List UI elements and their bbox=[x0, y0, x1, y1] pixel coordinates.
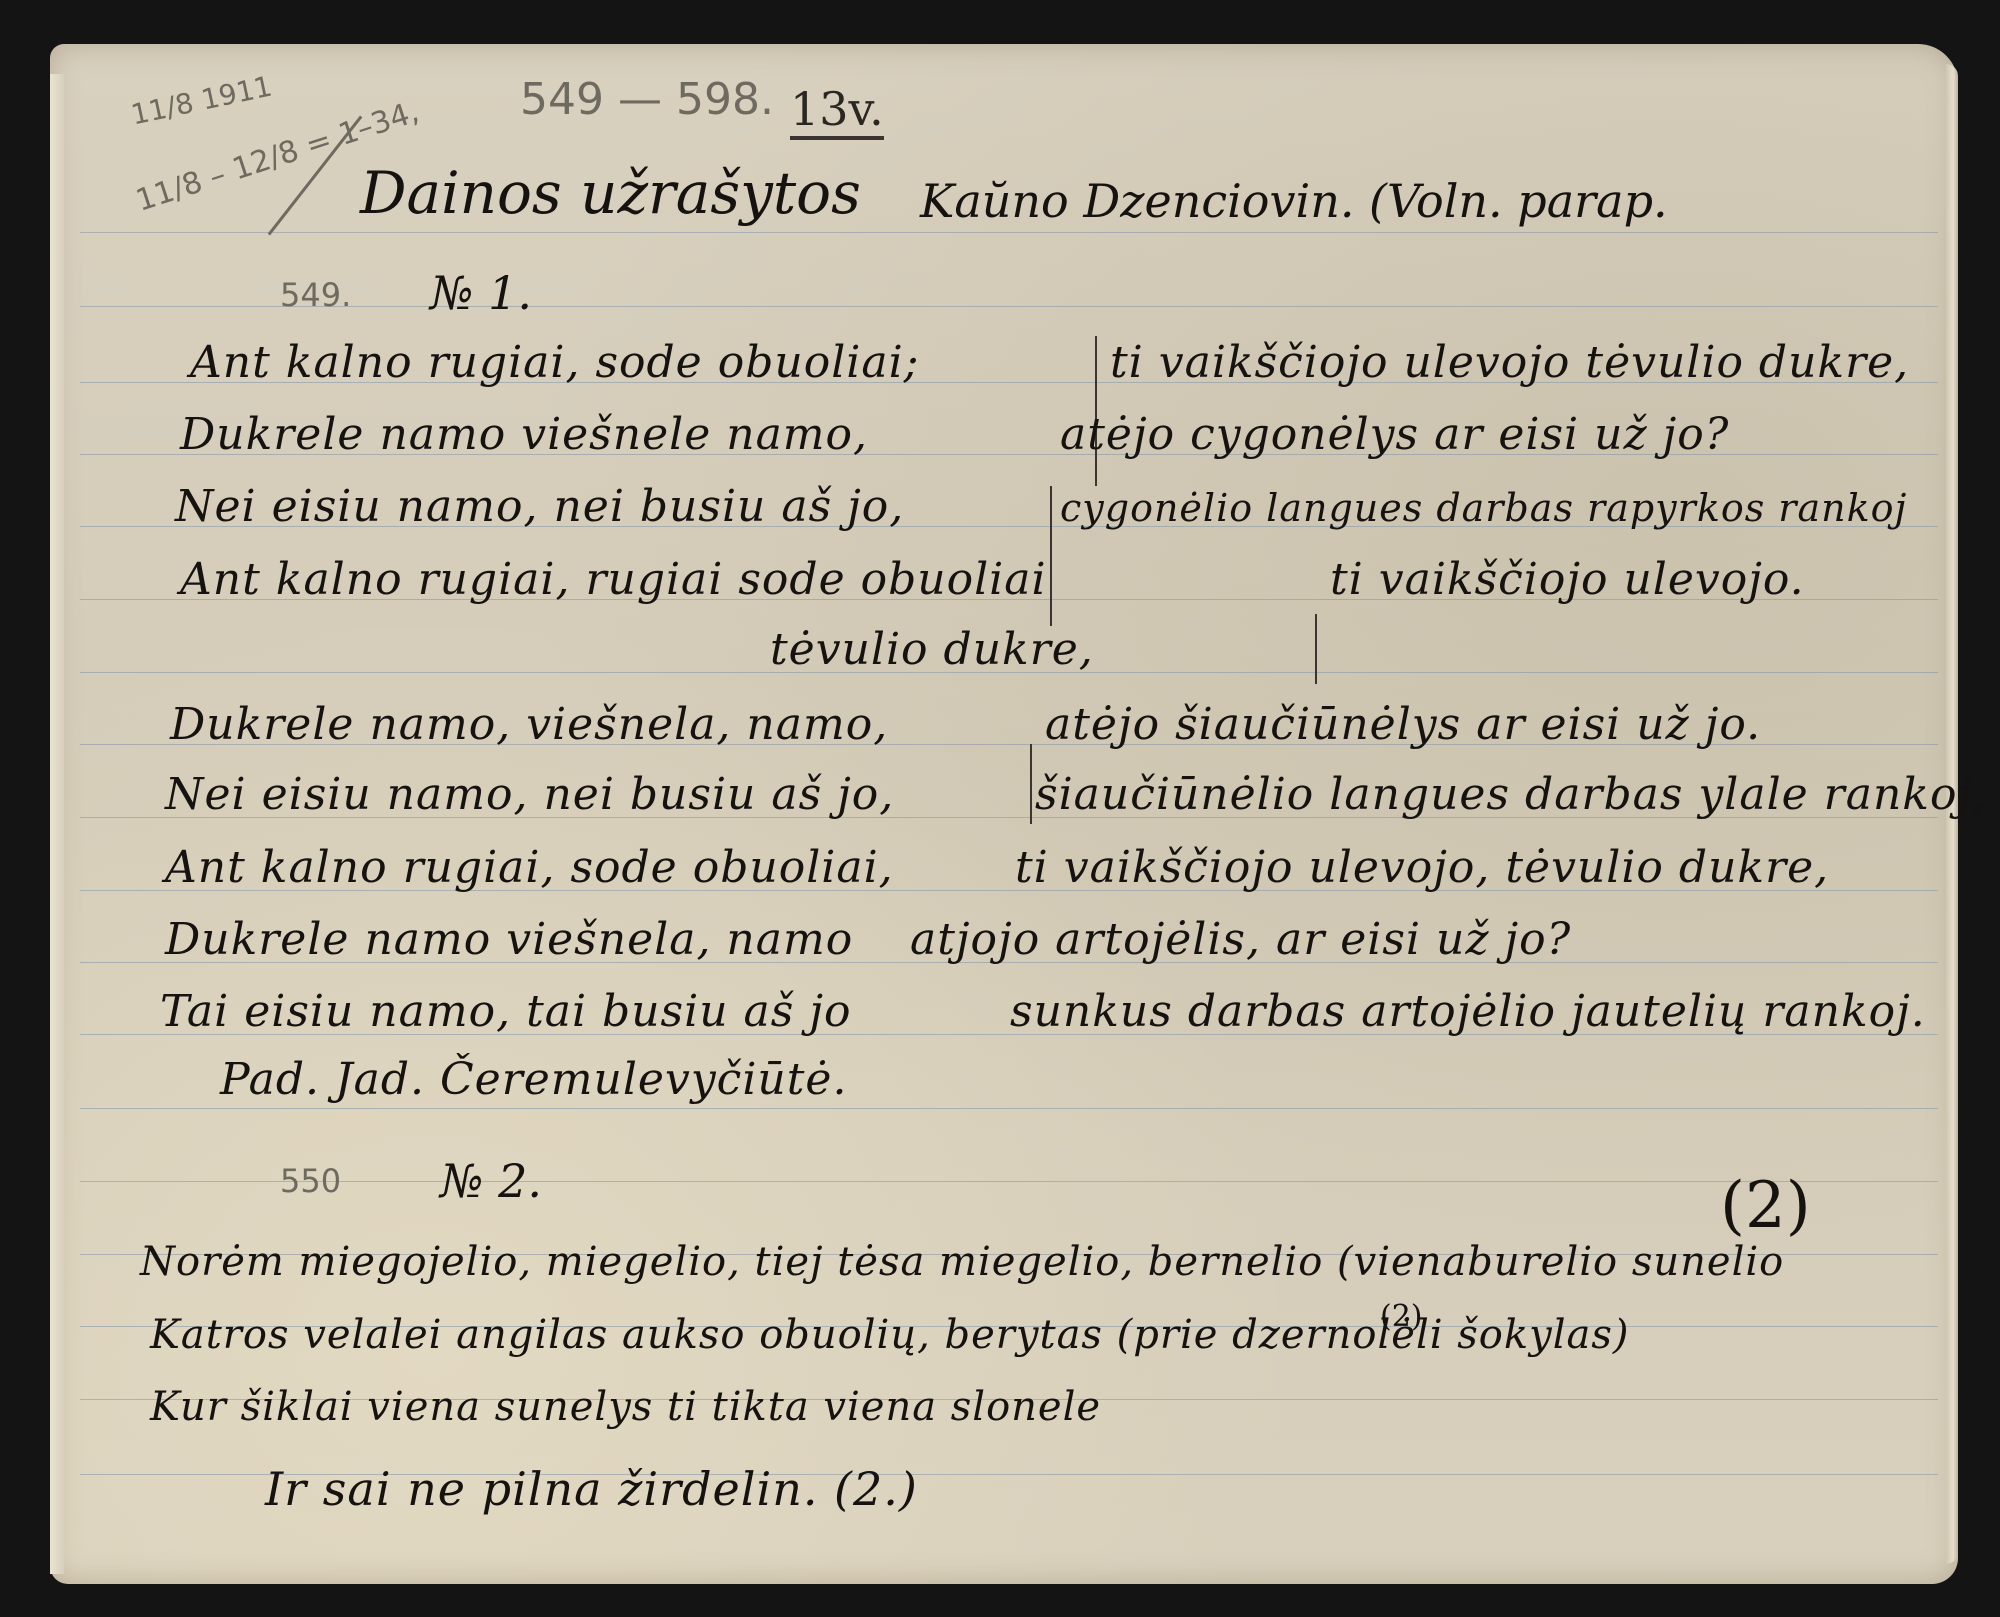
verse-line-left: Ant kalno rugiai, sode obuoliai; bbox=[190, 337, 919, 388]
folio-number: 13v. bbox=[790, 82, 884, 140]
verse-line-left: Tai eisiu namo, tai busiu aš jo bbox=[160, 986, 851, 1037]
verse-line-right: atėjo šiaučiūnėlys ar eisi už jo. bbox=[1045, 699, 1761, 750]
verse-line: Katros velalei angilas aukso obuolių, be… bbox=[150, 1312, 1629, 1358]
song-catalog-number: 550 bbox=[280, 1162, 341, 1200]
verse-line-left: Dukrele namo viešnele namo, bbox=[180, 409, 868, 460]
page-range-note: 549 — 598. bbox=[520, 74, 774, 125]
verse-line-left: Ant kalno rugiai, sode obuoliai, bbox=[165, 842, 894, 893]
verse-line-right: atėjo cygonėlys ar eisi už jo? bbox=[1060, 409, 1729, 460]
verse-line-right: ti vaikščiojo ulevojo. bbox=[1330, 554, 1805, 605]
page-subtitle: Kaŭno Dzenciovin. (Voln. parap. bbox=[920, 174, 1668, 228]
song-heading: № 1. bbox=[430, 266, 532, 320]
song-heading: № 2. bbox=[440, 1154, 542, 1208]
corner-date-note-1: 11/8 1911 bbox=[128, 69, 275, 131]
verse-line: Kur šiklai viena sunelys ti tikta viena … bbox=[150, 1384, 1101, 1430]
page-spine-edge bbox=[50, 74, 64, 1574]
verse-line-left: Nei eisiu namo, nei busiu aš jo, bbox=[165, 769, 894, 820]
verse-separator bbox=[1315, 614, 1317, 684]
verse-line-right: sunkus darbas artojėlio jautelių rankoj. bbox=[1010, 986, 1926, 1037]
verse-line: Ir sai ne pilna žirdelin. (2.) bbox=[265, 1462, 918, 1516]
verse-separator bbox=[1050, 486, 1052, 626]
verse-line-left: Nei eisiu namo, nei busiu aš jo, bbox=[175, 481, 904, 532]
ruled-line bbox=[80, 306, 1938, 307]
verse-line-left: Dukrele namo, viešnela, namo, bbox=[170, 699, 888, 750]
verse-line-continuation: tėvulio dukre, bbox=[770, 624, 1094, 675]
verse-line-right: cygonėlio langues darbas rapyrkos rankoj bbox=[1060, 486, 1907, 530]
verse-line: Norėm miegojelio, miegelio, tiej tėsa mi… bbox=[140, 1239, 1784, 1285]
verse-line-right: ti vaikščiojo ulevojo tėvulio dukre, bbox=[1110, 337, 1909, 388]
ruled-line bbox=[80, 232, 1938, 233]
ruled-line bbox=[80, 1108, 1938, 1109]
verse-line-right: ti vaikščiojo ulevojo, tėvulio dukre, bbox=[1015, 842, 1829, 893]
verse-line-right: atjojo artojėlis, ar eisi už jo? bbox=[910, 914, 1571, 965]
notebook-page: 11/8 1911 11/8 – 12/8 = 1–34, 549 — 598.… bbox=[50, 44, 1958, 1584]
song-catalog-number: 549. bbox=[280, 276, 351, 314]
verse-line-right: šiaučiūnėlio langues darbas ylale rankoj… bbox=[1035, 769, 1987, 820]
verse-separator bbox=[1030, 744, 1032, 824]
repeat-marker: (2) bbox=[1720, 1169, 1811, 1243]
ruled-line bbox=[80, 1181, 1938, 1182]
page-title: Dainos užrašytos bbox=[360, 159, 861, 227]
song-signature: Pad. Jad. Čeremulevyčiūtė. bbox=[220, 1054, 847, 1105]
verse-line-left: Ant kalno rugiai, rugiai sode obuoliai bbox=[180, 554, 1047, 605]
verse-line-left: Dukrele namo viešnela, namo bbox=[165, 914, 853, 965]
